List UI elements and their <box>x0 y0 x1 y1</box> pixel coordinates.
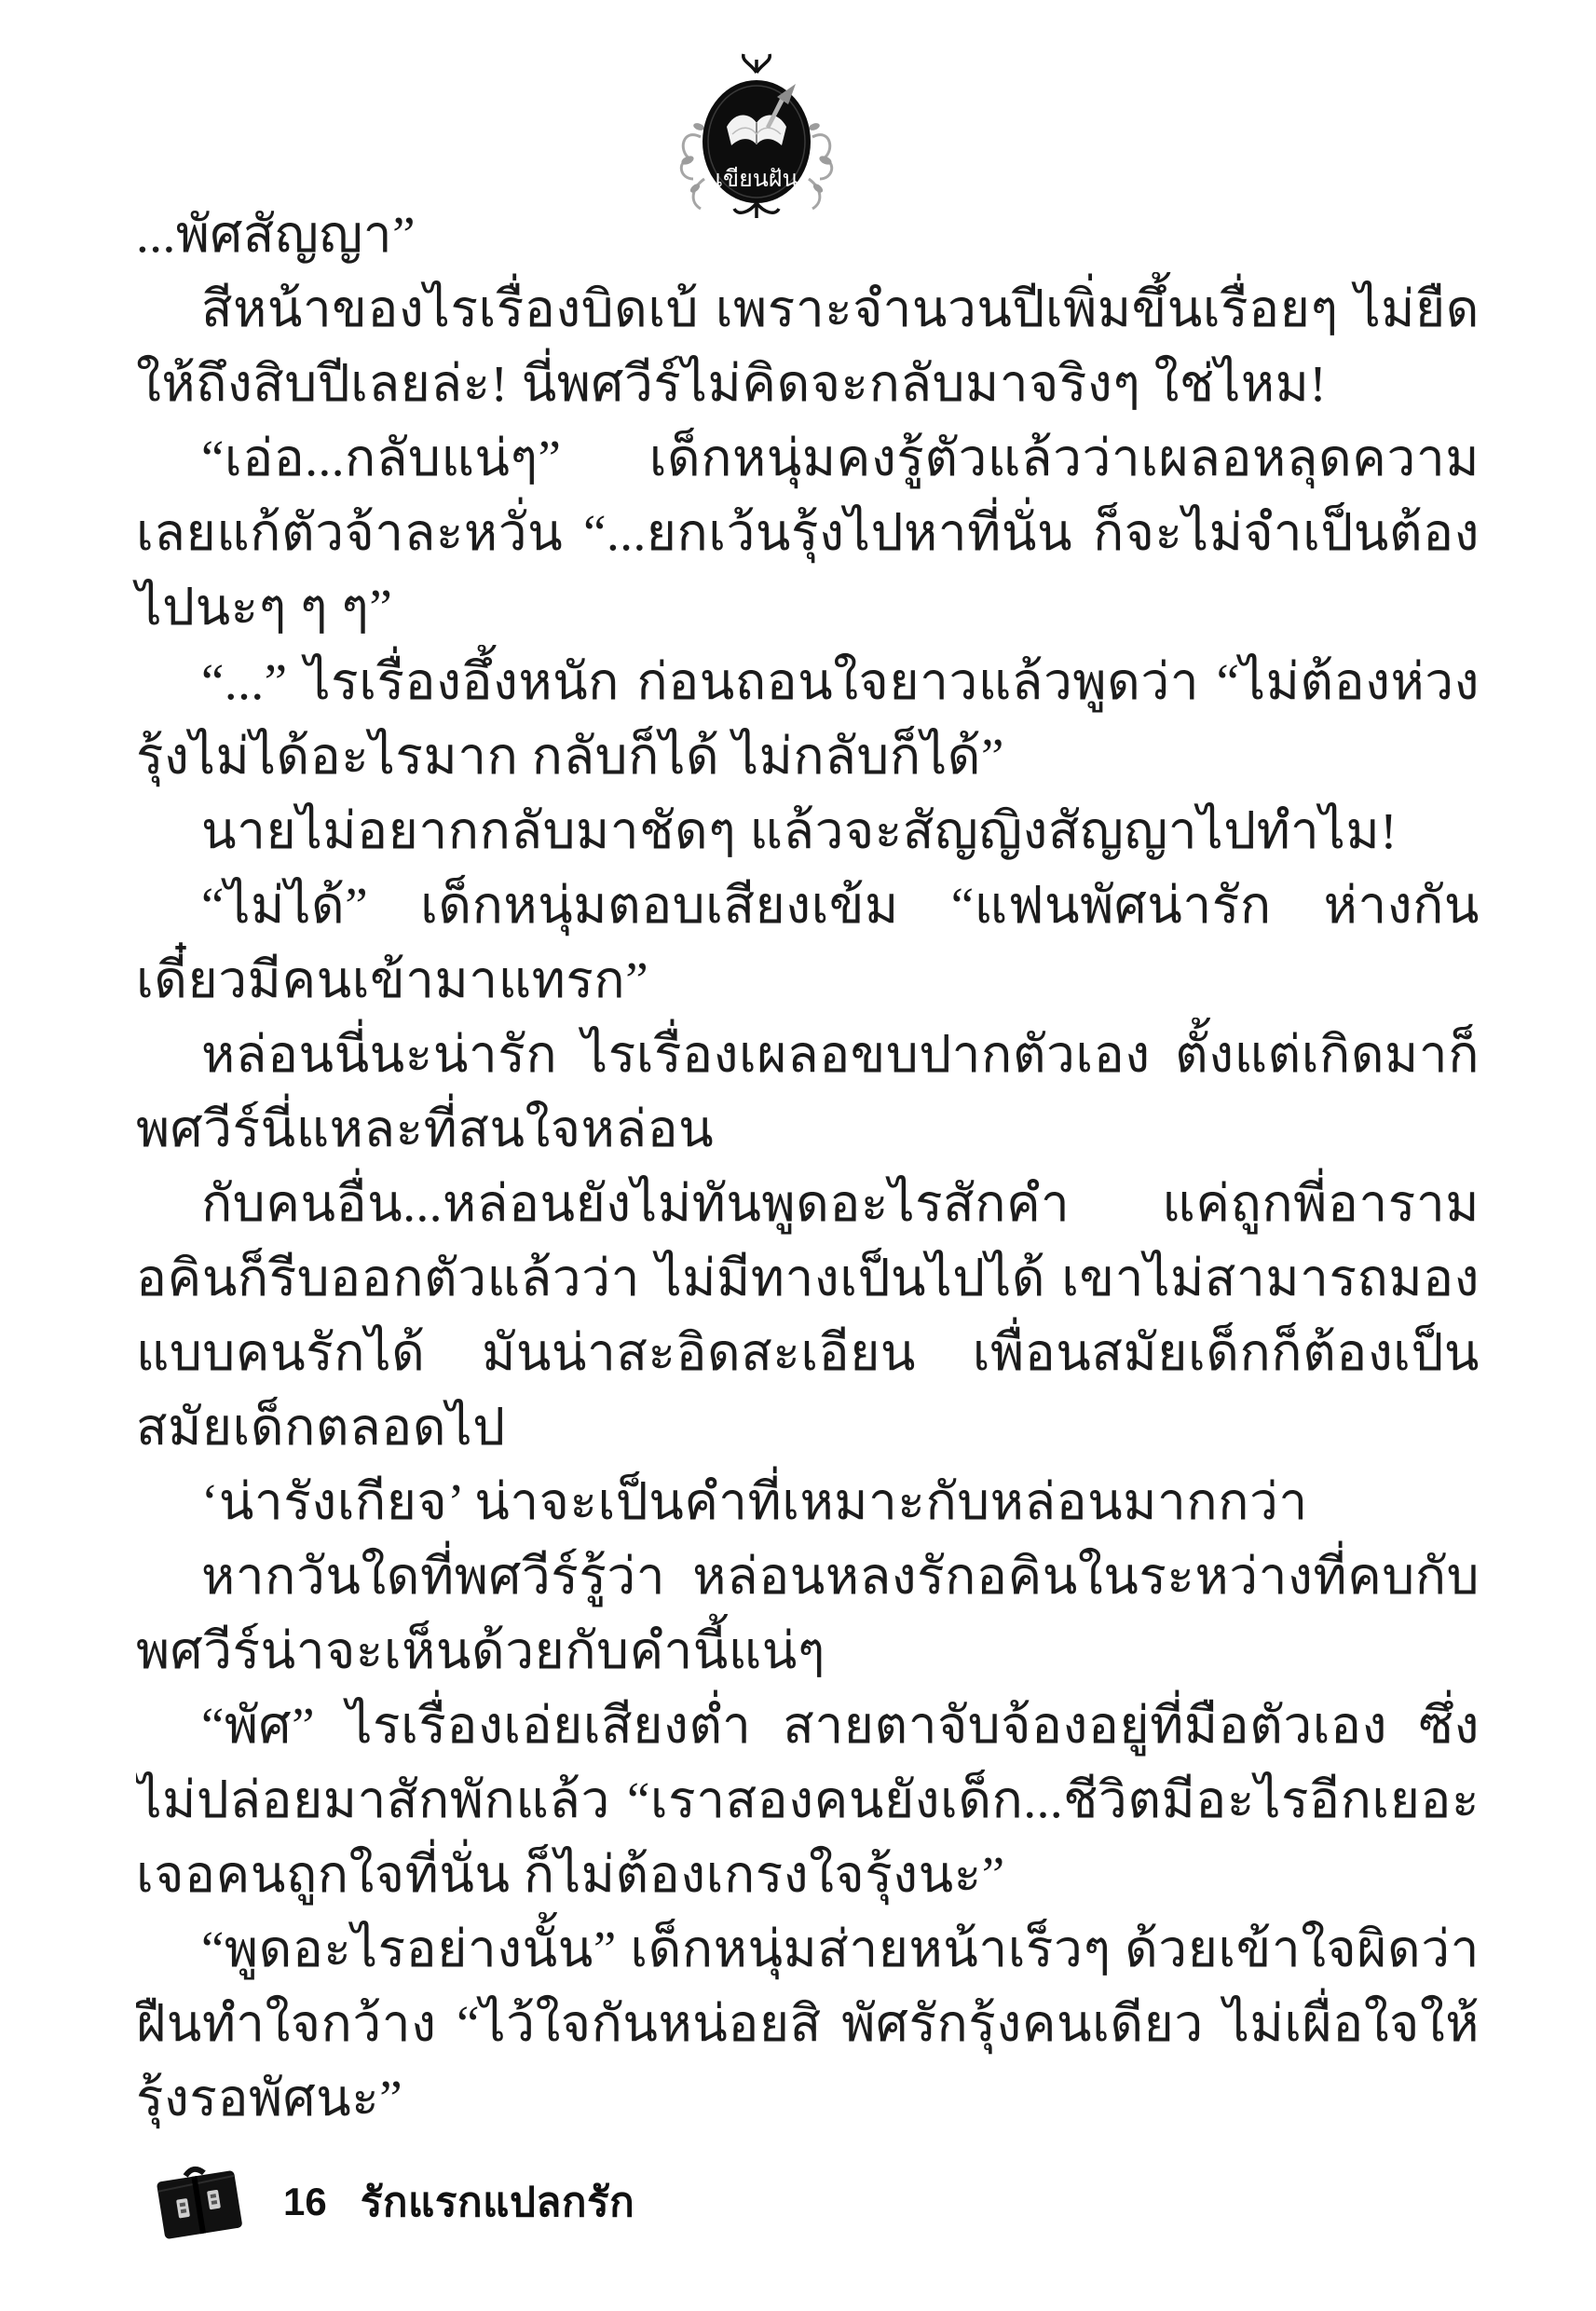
text-line: เจอคนถูกใจที่นั่น ก็ไม่ต้องเกรงใจรุ้งนะ” <box>136 1838 1480 1912</box>
paragraph: “ไม่ได้” เด็กหนุ่มตอบเสียงเข้ม “แฟนพัศน่… <box>136 868 1480 1018</box>
text-line: พศวีร์น่าจะเห็นด้วยกับคำนี้แน่ๆ <box>136 1614 1480 1689</box>
text-line: “ไม่ได้” เด็กหนุ่มตอบเสียงเข้ม “แฟนพัศน่… <box>136 868 1480 943</box>
text-line: พศวีร์นี่แหละที่สนใจหล่อน <box>136 1092 1480 1167</box>
paragraph: “พูดอะไรอย่างนั้น” เด็กหนุ่มส่ายหน้าเร็ว… <box>136 1912 1480 2136</box>
paragraph: หล่อนนี่นะน่ารัก ไรเรื่องเผลอขบปากตัวเอง… <box>136 1018 1480 1167</box>
paragraph: “...” ไรเรื่องอึ้งหนัก ก่อนถอนใจยาวแล้วพ… <box>136 645 1480 794</box>
text-line: “พัศ” ไรเรื่องเอ่ยเสียงต่ำ สายตาจับจ้องอ… <box>136 1689 1480 1763</box>
text-line: สมัยเด็กตลอดไป <box>136 1390 1480 1465</box>
text-line: “...” ไรเรื่องอึ้งหนัก ก่อนถอนใจยาวแล้วพ… <box>136 645 1480 719</box>
text-line: ฝืนทำใจกว้าง “ไว้ใจกันหน่อยสิ พัศรักรุ้ง… <box>136 1987 1480 2061</box>
page-footer: 16 รักแรกแปลกรัก <box>147 2157 634 2246</box>
paragraph: สีหน้าของไรเรื่องบิดเบ้ เพราะจำนวนปีเพิ่… <box>136 272 1480 421</box>
text-line: กับคนอื่น...หล่อนยังไม่ทันพูดอะไรสักคำ แ… <box>136 1167 1480 1241</box>
paragraph: หากวันใดที่พศวีร์รู้ว่า หล่อนหลงรักอคินใ… <box>136 1539 1480 1689</box>
text-line: หากวันใดที่พศวีร์รู้ว่า หล่อนหลงรักอคินใ… <box>136 1539 1480 1614</box>
text-line: อคินก็รีบออกตัวแล้วว่า ไม่มีทางเป็นไปได้… <box>136 1241 1480 1316</box>
text-line: “พูดอะไรอย่างนั้น” เด็กหนุ่มส่ายหน้าเร็ว… <box>136 1912 1480 1987</box>
text-line: ‘น่ารังเกียจ’ น่าจะเป็นคำที่เหมาะกับหล่อ… <box>136 1465 1480 1539</box>
text-line: รุ้งรอพัศนะ” <box>136 2061 1480 2136</box>
text-line: ไปนะๆ ๆ ๆ” <box>136 570 1480 645</box>
text-line: ให้ถึงสิบปีเลยล่ะ! นี่พศวีร์ไม่คิดจะกลับ… <box>136 347 1480 421</box>
paragraph: “เอ่อ...กลับแน่ๆ” เด็กหนุ่มคงรู้ตัวแล้วว… <box>136 421 1480 645</box>
school-bag-icon <box>147 2157 252 2246</box>
text-line: รุ้งไม่ได้อะไรมาก กลับก็ได้ ไม่กลับก็ได้… <box>136 719 1480 794</box>
text-line: “เอ่อ...กลับแน่ๆ” เด็กหนุ่มคงรู้ตัวแล้วว… <box>136 421 1480 496</box>
page-number: 16 <box>283 2180 327 2224</box>
paragraph: กับคนอื่น...หล่อนยังไม่ทันพูดอะไรสักคำ แ… <box>136 1167 1480 1465</box>
text-line: เลยแก้ตัวจ้าละหวั่น “...ยกเว้นรุ้งไปหาที… <box>136 496 1480 570</box>
text-line: หล่อนนี่นะน่ารัก ไรเรื่องเผลอขบปากตัวเอง… <box>136 1018 1480 1092</box>
page-text: ...พัศสัญญา”สีหน้าของไรเรื่องบิดเบ้ เพรา… <box>136 198 1480 2136</box>
paragraph: ...พัศสัญญา” <box>136 198 1480 272</box>
text-line: ...พัศสัญญา” <box>136 198 1480 272</box>
book-page: เขียนฝัน ...พัศสัญญา”สีหน้าของไรเรื่องบิ… <box>0 0 1596 2311</box>
text-line: ไม่ปล่อยมาสักพักแล้ว “เราสองคนยังเด็ก...… <box>136 1763 1480 1838</box>
paragraph: “พัศ” ไรเรื่องเอ่ยเสียงต่ำ สายตาจับจ้องอ… <box>136 1689 1480 1912</box>
paragraph: นายไม่อยากกลับมาชัดๆ แล้วจะสัญญิงสัญญาไป… <box>136 794 1480 868</box>
text-line: แบบคนรักได้ มันน่าสะอิดสะเอียน เพื่อนสมั… <box>136 1316 1480 1390</box>
text-line: เดี๋ยวมีคนเข้ามาแทรก” <box>136 943 1480 1018</box>
book-title: รักแรกแปลกรัก <box>361 2169 635 2235</box>
paragraph: ‘น่ารังเกียจ’ น่าจะเป็นคำที่เหมาะกับหล่อ… <box>136 1465 1480 1539</box>
publisher-name: เขียนฝัน <box>715 166 798 192</box>
text-line: นายไม่อยากกลับมาชัดๆ แล้วจะสัญญิงสัญญาไป… <box>136 794 1480 868</box>
text-line: สีหน้าของไรเรื่องบิดเบ้ เพราะจำนวนปีเพิ่… <box>136 272 1480 347</box>
